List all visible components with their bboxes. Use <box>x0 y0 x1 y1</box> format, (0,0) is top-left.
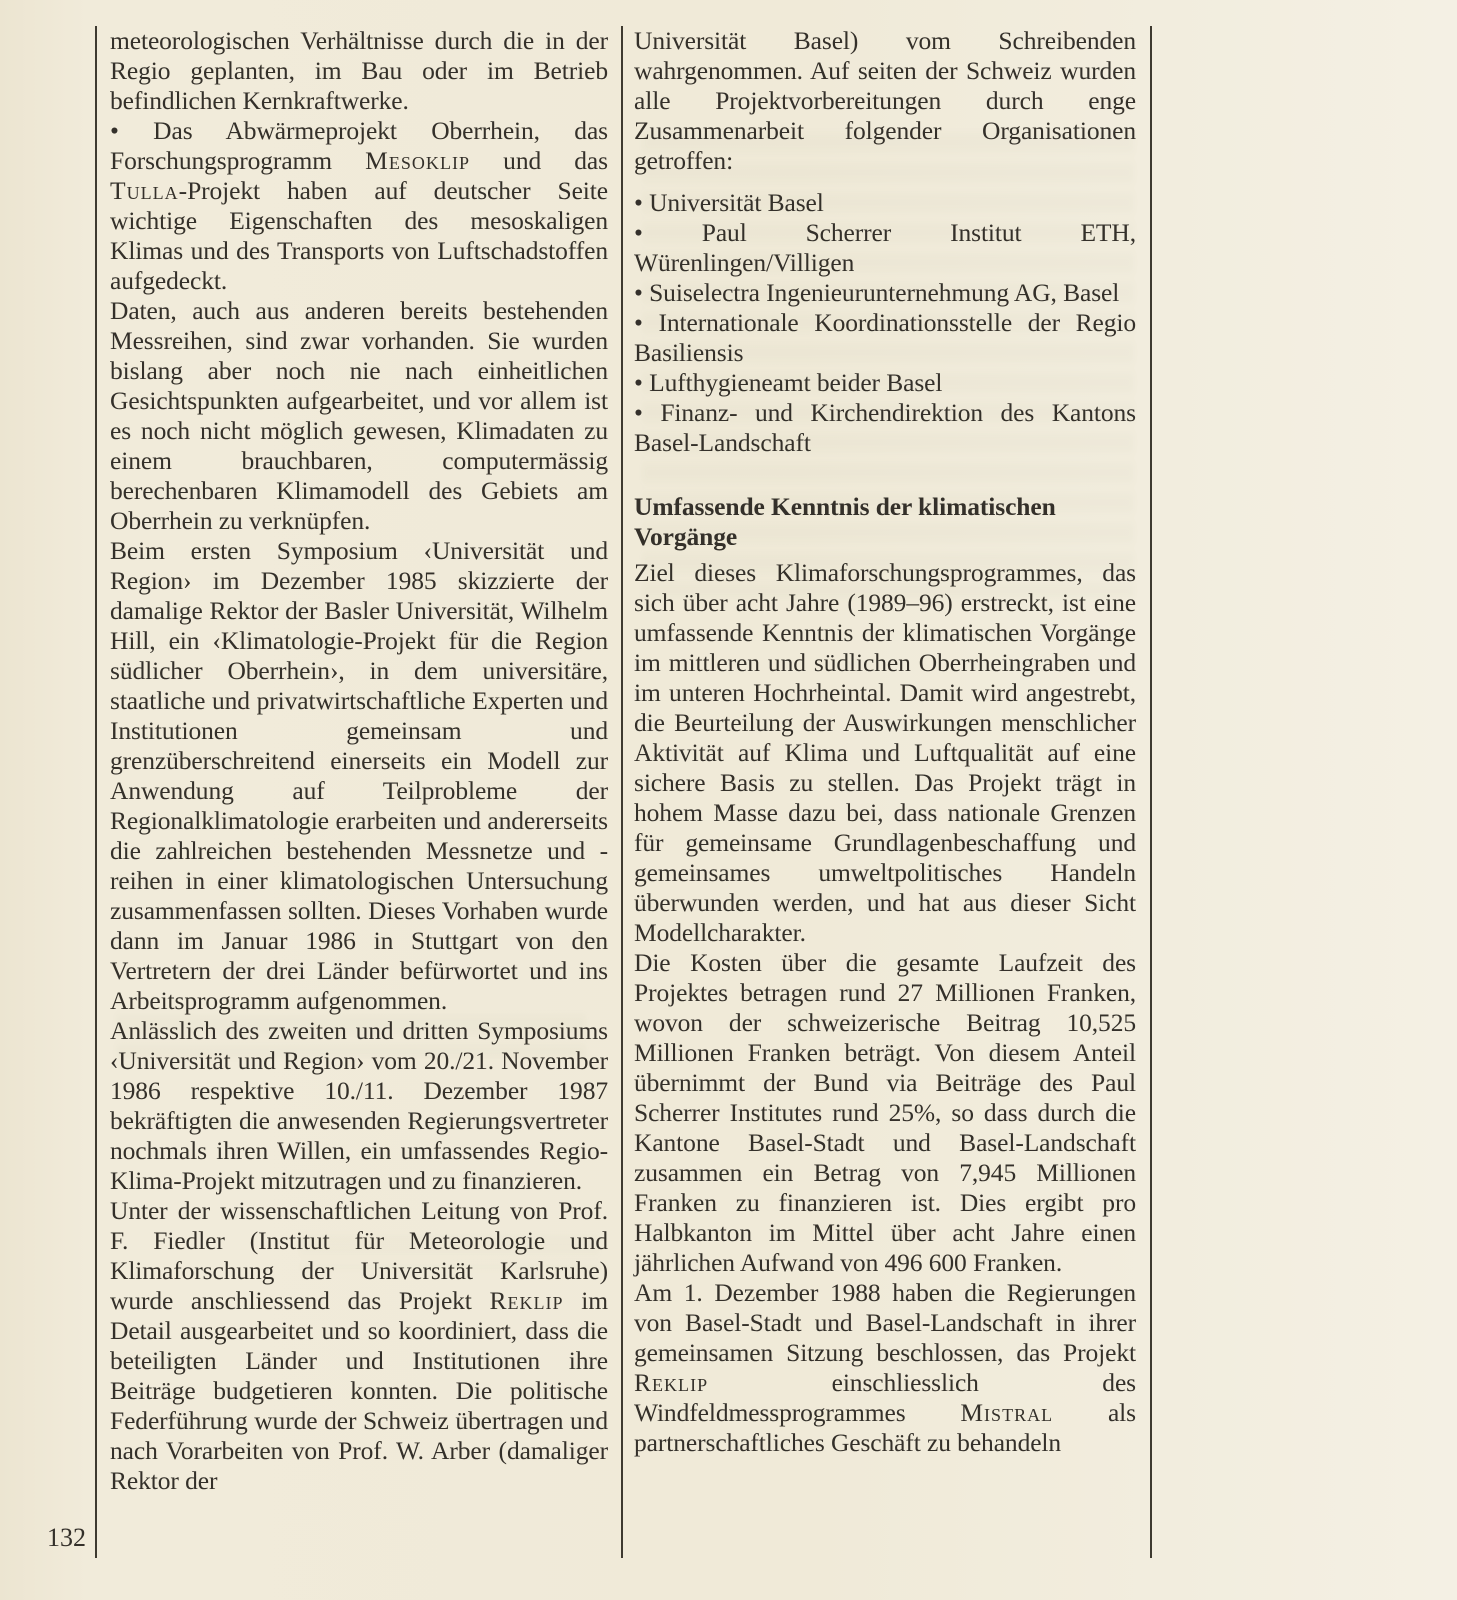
paragraph: Beim ersten Symposium ‹Universität und R… <box>110 536 608 1016</box>
paragraph: meteorologischen Verhältnisse durch die … <box>110 26 608 116</box>
paragraph: Daten, auch aus anderen bereits bestehen… <box>110 296 608 536</box>
bullet-item: • Universität Basel <box>634 188 1136 218</box>
small-caps-term: Reklip <box>489 1286 563 1315</box>
bullet-item: • Lufthygieneamt beider Basel <box>634 368 1136 398</box>
paragraph: Am 1. Dezember 1988 haben die Regierunge… <box>634 1278 1136 1458</box>
paragraph: • Das Abwärmeprojekt Oberrhein, das Fors… <box>110 116 608 296</box>
right-text-column: Universität Basel) vom Schreibenden wahr… <box>634 26 1136 1458</box>
paragraph: Unter der wissenschaftlichen Leitung von… <box>110 1196 608 1496</box>
paragraph: Anlässlich des zweiten und dritten Sympo… <box>110 1016 608 1196</box>
bullet-item: • Paul Scherrer Institut ETH, Würenlinge… <box>634 218 1136 278</box>
scanned-journal-page: meteorologischen Verhältnisse durch die … <box>0 0 1457 1600</box>
left-text-column: meteorologischen Verhältnisse durch die … <box>110 26 608 1496</box>
section-heading: Umfassende Kenntnis der klimatischen Vor… <box>634 492 1136 552</box>
paragraph: Ziel dieses Klimaforschungsprogrammes, d… <box>634 558 1136 948</box>
small-caps-term: Mistral <box>960 1398 1053 1427</box>
bullet-item: • Suiselectra Ingenieurunternehmung AG, … <box>634 278 1136 308</box>
page-number: 132 <box>40 1523 86 1553</box>
bullet-item: • Internationale Koordinationsstelle der… <box>634 308 1136 368</box>
paragraph: Universität Basel) vom Schreibenden wahr… <box>634 26 1136 176</box>
right-margin-rule <box>1150 26 1152 1558</box>
bullet-item: • Finanz- und Kirchendirektion des Kanto… <box>634 398 1136 458</box>
paragraph: Die Kosten über die gesamte Laufzeit des… <box>634 948 1136 1278</box>
small-caps-term: Mesoklip <box>365 146 470 175</box>
small-caps-term: Tulla <box>110 176 179 205</box>
small-caps-term: Reklip <box>634 1368 708 1397</box>
left-margin-rule <box>95 26 97 1558</box>
column-divider-rule <box>621 26 623 1558</box>
